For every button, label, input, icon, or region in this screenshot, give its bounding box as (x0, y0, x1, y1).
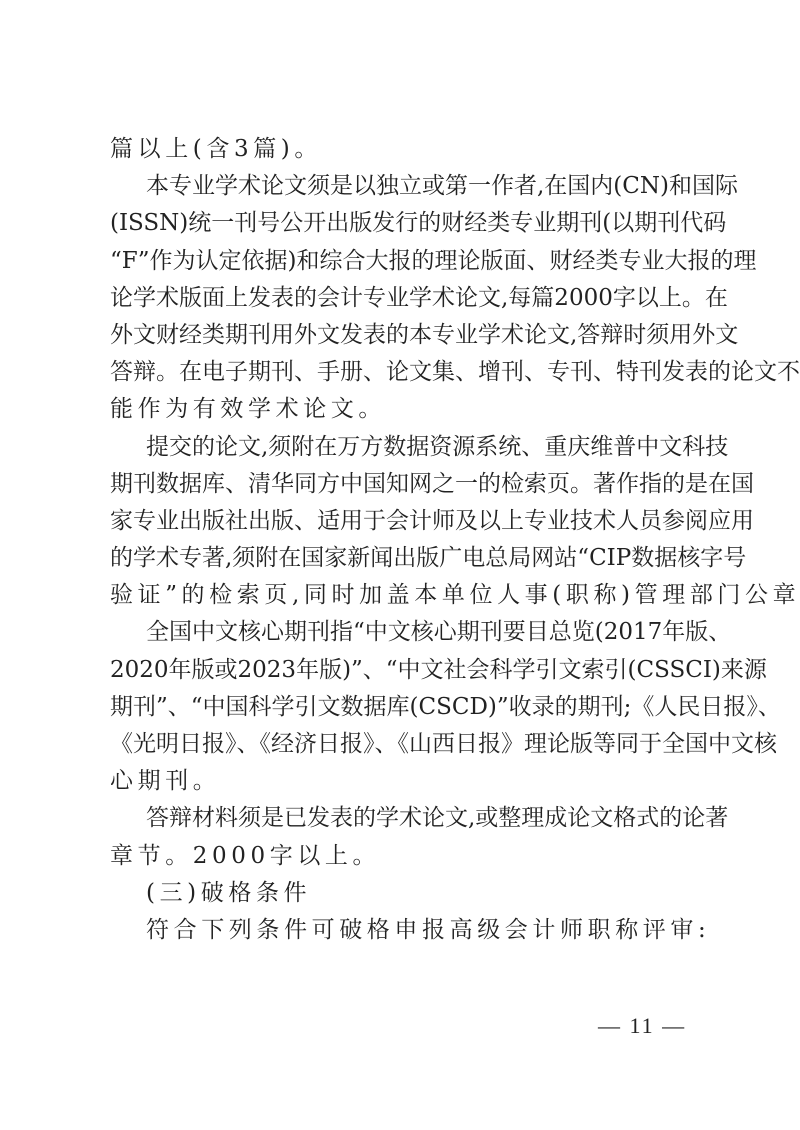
text-line-1: 本专业学术论文须是以独立或第一作者,在国内(CN)和国际 (110, 168, 702, 205)
text-line-14: 2020年版或2023年版)”、“中文社会科学引文索引(CSSCI)来源 (110, 652, 702, 689)
document-page-body: 篇以上(含3篇)。 本专业学术论文须是以独立或第一作者,在国内(CN)和国际 (… (110, 131, 702, 949)
text-line-13: 全国中文核心期刊指“中文核心期刊要目总览(2017年版、 (110, 614, 702, 651)
text-line-15: 期刊”、“中国科学引文数据库(CSCD)”收录的期刊;《人民日报》、 (110, 689, 702, 726)
text-line-0: 篇以上(含3篇)。 (110, 131, 702, 168)
text-line-19: 章节。2000字以上。 (110, 838, 702, 875)
text-line-7: 能作为有效学术论文。 (110, 391, 702, 428)
text-line-17: 心期刊。 (110, 763, 702, 800)
text-line-2: (ISSN)统一刊号公开出版发行的财经类专业期刊(以期刊代码 (110, 205, 702, 242)
text-line-5: 外文财经类期刊用外文发表的本专业学术论文,答辩时须用外文 (110, 317, 702, 354)
text-line-10: 家专业出版社出版、适用于会计师及以上专业技术人员参阅应用 (110, 503, 702, 540)
text-line-4: 论学术版面上发表的会计专业学术论文,每篇2000字以上。在 (110, 280, 702, 317)
text-line-9: 期刊数据库、清华同方中国知网之一的检索页。著作指的是在国 (110, 466, 702, 503)
section-heading-exception-conditions: (三)破格条件 (110, 875, 702, 912)
text-line-21: 符合下列条件可破格申报高级会计师职称评审: (110, 912, 702, 949)
text-line-6: 答辩。在电子期刊、手册、论文集、增刊、专刊、特刊发表的论文不 (110, 354, 702, 391)
text-line-16: 《光明日报》、《经济日报》、《山西日报》理论版等同于全国中文核 (110, 726, 702, 763)
text-line-3: “F”作为认定依据)和综合大报的理论版面、财经类专业大报的理 (110, 243, 702, 280)
page-number: — 11 — (598, 1013, 686, 1039)
text-line-8: 提交的论文,须附在万方数据资源系统、重庆维普中文科技 (110, 429, 702, 466)
text-line-12: 验证”的检索页,同时加盖本单位人事(职称)管理部门公章。 (110, 577, 702, 614)
text-line-18: 答辩材料须是已发表的学术论文,或整理成论文格式的论著 (110, 800, 702, 837)
text-line-11: 的学术专著,须附在国家新闻出版广电总局网站“CIP数据核字号 (110, 540, 702, 577)
